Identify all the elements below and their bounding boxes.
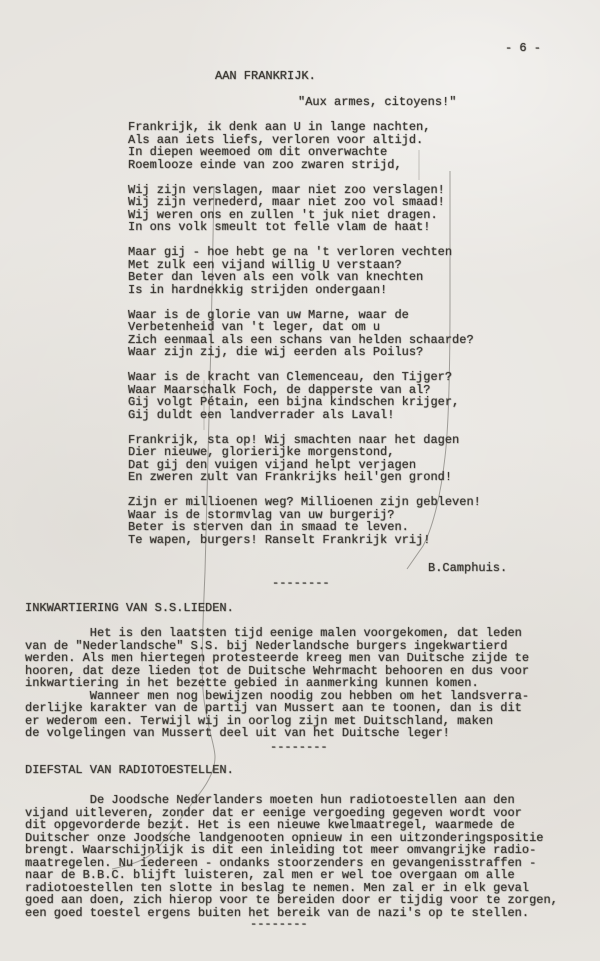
body-text-line: brengt. Waarschijnlijk is dit een inleid… bbox=[25, 844, 558, 857]
poem: Frankrijk, ik denk aan U in lange nachte… bbox=[128, 121, 481, 559]
poem-line: Dier nieuwe, glorierijke morgenstond, bbox=[128, 446, 481, 459]
poem-line: Zijn er millioenen weg? Millioenen zijn … bbox=[128, 496, 481, 509]
poem-line: Beter dan leven als een volk van knechte… bbox=[128, 271, 481, 284]
poem-line: Waar zijn zij, die wij eerden als Poilus… bbox=[128, 346, 481, 359]
page-number: - 6 - bbox=[505, 42, 541, 55]
body-text-line: goed aan doen, zich hierop voor te berei… bbox=[25, 894, 558, 907]
poem-line: En zweren zult van Frankrijks heil'gen g… bbox=[128, 471, 481, 484]
poem-stanza: Maar gij - hoe hebt ge na 't verloren ve… bbox=[128, 246, 481, 296]
poem-title: AAN FRANKRIJK. bbox=[215, 70, 316, 83]
section-heading: INKWARTIERING VAN S.S.LIEDEN. bbox=[25, 602, 234, 615]
poem-line: Roemlooze einde van zoo zwaren strijd, bbox=[128, 159, 481, 172]
body-text-line: inkwartiering in het bezette gebied in a… bbox=[25, 677, 529, 690]
poem-line: Frankrijk, ik denk aan U in lange nachte… bbox=[128, 121, 481, 134]
poem-stanza: Wij zijn verslagen, maar niet zoo versla… bbox=[128, 184, 481, 234]
poem-line: Te wapen, burgers! Ranselt Frankrijk vri… bbox=[128, 534, 481, 547]
poem-stanza: Zijn er millioenen weg? Millioenen zijn … bbox=[128, 496, 481, 546]
body-text-line: de volgelingen van Mussert deel uit van … bbox=[25, 727, 529, 740]
poem-line: In diepen weemoed om dit onverwachte bbox=[128, 146, 481, 159]
section-divider: -------- bbox=[270, 741, 328, 754]
poem-line: Gij volgt Pétain, een bijna kindschen kr… bbox=[128, 396, 481, 409]
poem-stanza: Frankrijk, ik denk aan U in lange nachte… bbox=[128, 121, 481, 171]
poem-line: In ons volk smeult tot felle vlam de haa… bbox=[128, 221, 481, 234]
body-text-line: dit opgevorderde bezit. Het is een nieuw… bbox=[25, 819, 558, 832]
body-text-line: derlijke karakter van de partij van Muss… bbox=[25, 702, 529, 715]
poem-line: Verbetenheid van 't leger, dat om u bbox=[128, 321, 481, 334]
section-heading: DIEFSTAL VAN RADIOTOESTELLEN. bbox=[25, 764, 234, 777]
poem-line: Beter is sterven dan in smaad te leven. bbox=[128, 521, 481, 534]
section-body: Het is den laatsten tijd eenige malen vo… bbox=[25, 627, 529, 740]
body-text-line: naar de B.B.C. blijft luisteren, zal men… bbox=[25, 869, 558, 882]
poem-line: Maar gij - hoe hebt ge na 't verloren ve… bbox=[128, 246, 481, 259]
poem-line: Waar is de kracht van Clemenceau, den Ti… bbox=[128, 371, 481, 384]
poem-epigraph: "Aux armes, citoyens!" bbox=[298, 96, 456, 109]
body-text-line: De Joodsche Nederlanders moeten hun radi… bbox=[25, 794, 558, 807]
scanned-document-page: - 6 - AAN FRANKRIJK. "Aux armes, citoyen… bbox=[0, 0, 600, 961]
section-divider: -------- bbox=[250, 918, 308, 931]
body-text-line: Het is den laatsten tijd eenige malen vo… bbox=[25, 627, 529, 640]
poem-stanza: Frankrijk, sta op! Wij smachten naar het… bbox=[128, 434, 481, 484]
poem-line: Wij zijn vernederd, maar niet zoo vol sm… bbox=[128, 196, 481, 209]
poem-line: Is in hardnekkig strijden ondergaan! bbox=[128, 284, 481, 297]
poem-stanza: Waar is de glorie van uw Marne, waar deV… bbox=[128, 309, 481, 359]
section-body: De Joodsche Nederlanders moeten hun radi… bbox=[25, 794, 558, 919]
poem-line: Gij duldt een landverrader als Laval! bbox=[128, 409, 481, 422]
section-divider: -------- bbox=[272, 577, 330, 590]
poem-stanza: Waar is de kracht van Clemenceau, den Ti… bbox=[128, 371, 481, 421]
body-text-line: werden. Als men hiertegen protesteerde k… bbox=[25, 652, 529, 665]
poem-author-signature: B.Camphuis. bbox=[428, 562, 507, 575]
